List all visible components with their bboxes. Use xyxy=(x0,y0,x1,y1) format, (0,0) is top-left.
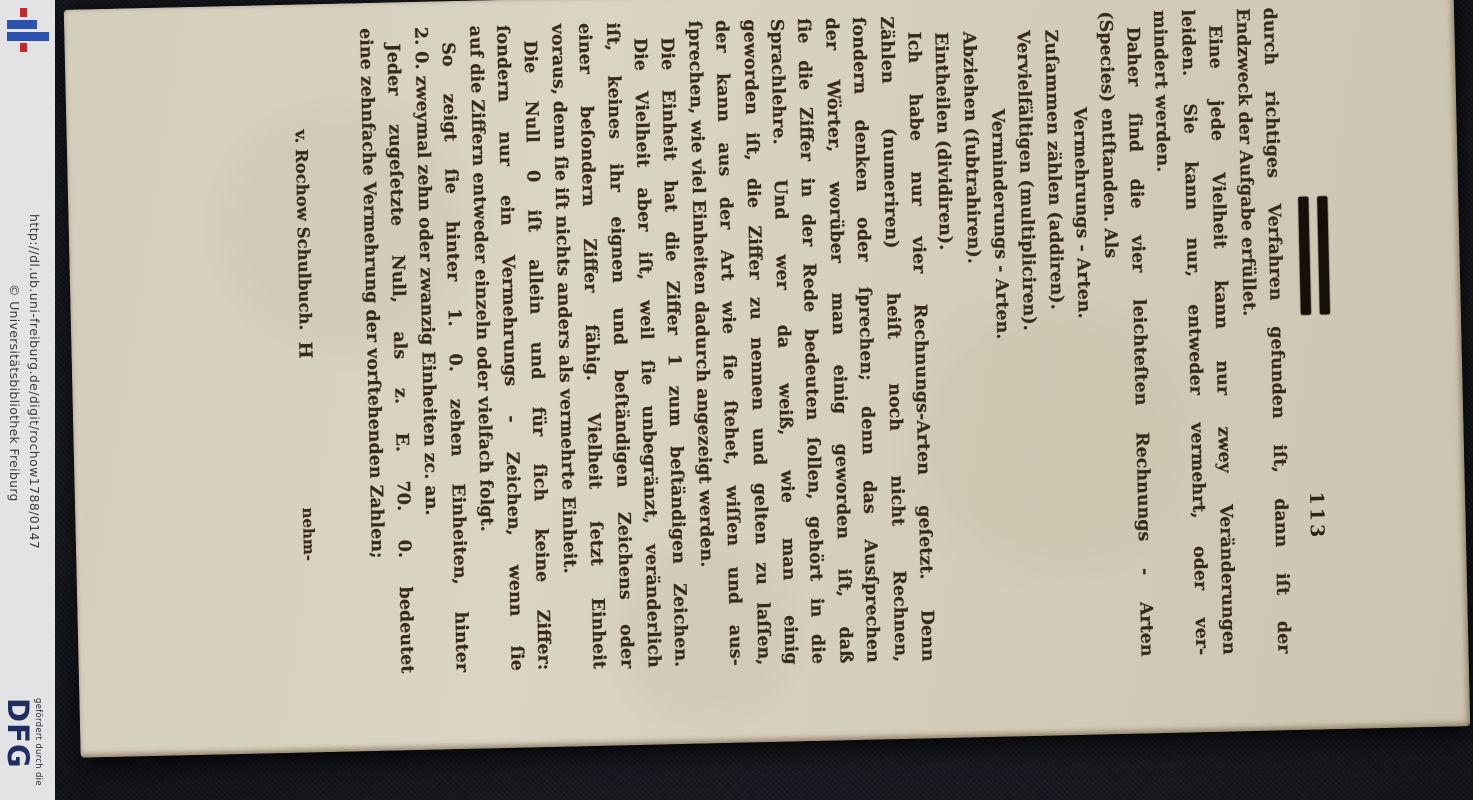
rule-bottom xyxy=(1298,197,1311,315)
footer-book-title: v. Rochow Schulbuch. xyxy=(291,129,315,330)
catchword: nehm- xyxy=(299,507,318,561)
scanned-page[interactable]: 113 durch richtiges Verfahren gefunden i… xyxy=(64,0,1471,758)
double-rule-ornament xyxy=(1289,196,1330,315)
page-footer: v. Rochow Schulbuch. H nehm- xyxy=(280,29,323,675)
dfg-logo: gefördert durch die DFG xyxy=(3,698,43,744)
logo-red-dot-icon xyxy=(20,8,27,17)
viewer-background: { "viewer": { "sidebar": { "url_text": "… xyxy=(0,0,1473,800)
dfg-wordmark: DFG xyxy=(3,698,33,793)
logo-blue-bar-icon xyxy=(7,32,49,41)
logo-red-dot-icon xyxy=(20,43,27,52)
rule-top xyxy=(1317,196,1330,314)
page-number: 113 xyxy=(1305,491,1328,540)
page-text-block: durch richtiges Verfahren gefunden iſt, … xyxy=(351,7,1297,674)
logo-blue-bar-icon xyxy=(7,20,37,29)
page-upright-content: 113 durch richtiges Verfahren gefunden i… xyxy=(64,0,1471,758)
viewer-sidebar: http://dl.ub.uni-freiburg.de/digit/rocho… xyxy=(0,0,55,800)
gathering-signature: H xyxy=(294,341,315,358)
library-logo-icon xyxy=(0,0,55,58)
source-url-watermark: http://dl.ub.uni-freiburg.de/digit/rocho… xyxy=(27,214,42,549)
copyright-notice: © Universitätsbibliothek Freiburg xyxy=(7,284,22,502)
